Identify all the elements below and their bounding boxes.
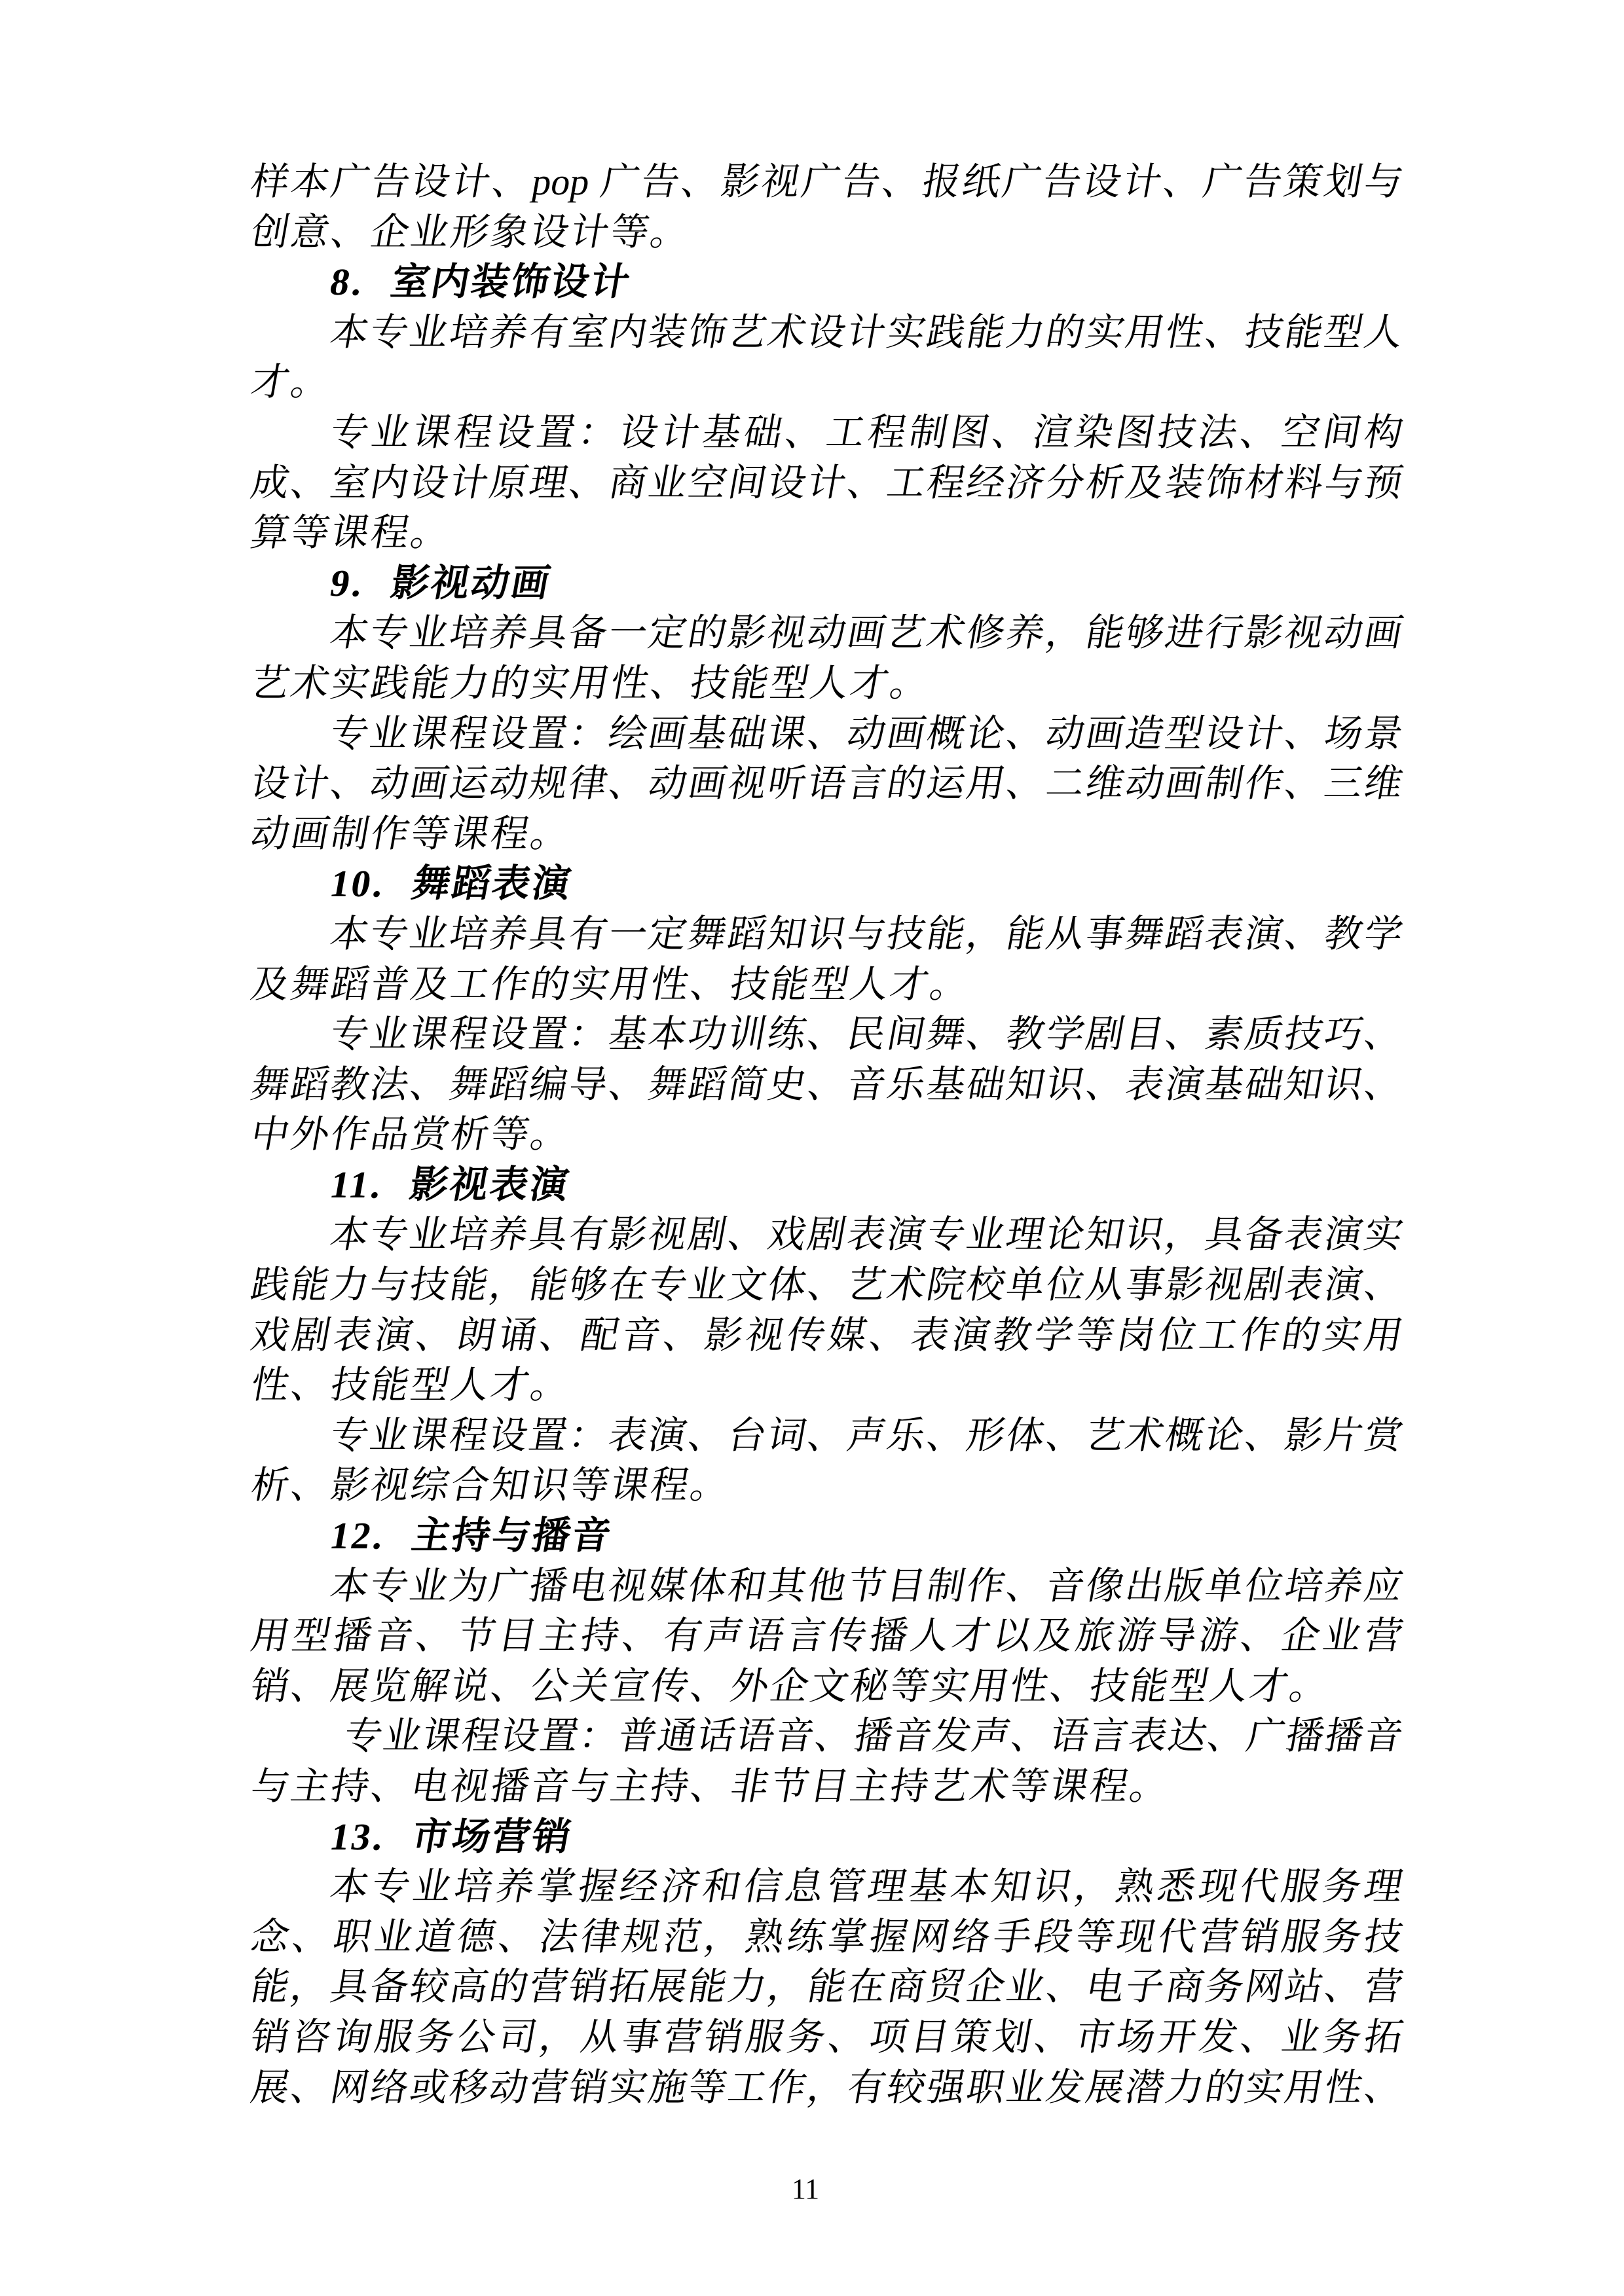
- text-line: 舞蹈教法、舞蹈编导、舞蹈简史、音乐基础知识、表演基础知识、: [247, 1060, 1407, 1110]
- text-line: 戏剧表演、朗诵、配音、影视传媒、表演教学等岗位工作的实用: [247, 1311, 1407, 1361]
- text-line: 专业课程设置：设计基础、工程制图、渲染图技法、空间构: [247, 408, 1407, 458]
- text-line: 设计、动画运动规律、动画视听语言的运用、二维动画制作、三维: [247, 759, 1407, 809]
- section-heading: 12．主持与播音: [247, 1511, 1407, 1561]
- text-line: 用型播音、节目主持、有声语言传播人才以及旅游导游、企业营: [247, 1611, 1407, 1662]
- section-heading: 11．影视表演: [247, 1160, 1407, 1211]
- section-heading: 8．室内装饰设计: [247, 257, 1407, 308]
- text-line: 与主持、电视播音与主持、非节目主持艺术等课程。: [247, 1762, 1407, 1812]
- section-heading: 10．舞蹈表演: [247, 859, 1407, 909]
- page-number: 11: [0, 2172, 1611, 2206]
- text-line: 销、展览解说、公关宣传、外企文秘等实用性、技能型人才。: [247, 1662, 1407, 1712]
- text-line: 算等课程。: [247, 508, 1407, 558]
- text-line: 动画制作等课程。: [247, 809, 1407, 860]
- text-line: 创意、企业形象设计等。: [247, 208, 1407, 258]
- text-line: 艺术实践能力的实用性、技能型人才。: [247, 659, 1407, 709]
- text-line: 能，具备较高的营销拓展能力，能在商贸企业、电子商务网站、营: [247, 1962, 1407, 2013]
- text-line: 展、网络或移动营销实施等工作，有较强职业发展潜力的实用性、: [247, 2063, 1407, 2113]
- document-page: 样本广告设计、pop 广告、影视广告、报纸广告设计、广告策划与创意、企业形象设计…: [0, 0, 1624, 2296]
- text-line: 本专业为广播电视媒体和其他节目制作、音像出版单位培养应: [247, 1561, 1407, 1612]
- text-line: 样本广告设计、pop 广告、影视广告、报纸广告设计、广告策划与: [247, 157, 1407, 208]
- text-line: 及舞蹈普及工作的实用性、技能型人才。: [247, 960, 1407, 1010]
- text-line: 本专业培养掌握经济和信息管理基本知识，熟悉现代服务理: [247, 1862, 1407, 1912]
- text-line: 本专业培养具备一定的影视动画艺术修养，能够进行影视动画: [247, 608, 1407, 659]
- text-line: 践能力与技能，能够在专业文体、艺术院校单位从事影视剧表演、: [247, 1260, 1407, 1311]
- text-line: 专业课程设置：表演、台词、声乐、形体、艺术概论、影片赏: [247, 1411, 1407, 1461]
- text-line: 性、技能型人才。: [247, 1360, 1407, 1411]
- section-heading: 13．市场营销: [247, 1812, 1407, 1863]
- text-line: 析、影视综合知识等课程。: [247, 1461, 1407, 1511]
- text-line: 本专业培养有室内装饰艺术设计实践能力的实用性、技能型人: [247, 308, 1407, 358]
- text-line: 才。: [247, 357, 1407, 408]
- text-line: 本专业培养具有影视剧、戏剧表演专业理论知识，具备表演实: [247, 1210, 1407, 1260]
- section-heading: 9．影视动画: [247, 558, 1407, 609]
- text-line: 本专业培养具有一定舞蹈知识与技能，能从事舞蹈表演、教学: [247, 909, 1407, 960]
- text-line: 专业课程设置：基本功训练、民间舞、教学剧目、素质技巧、: [247, 1010, 1407, 1060]
- text-line: 专业课程设置：普通话语音、播音发声、语言表达、广播播音: [247, 1711, 1407, 1762]
- text-line: 念、职业道德、法律规范，熟练掌握网络手段等现代营销服务技: [247, 1912, 1407, 1963]
- text-line: 销咨询服务公司，从事营销服务、项目策划、市场开发、业务拓: [247, 2013, 1407, 2063]
- text-block: 样本广告设计、pop 广告、影视广告、报纸广告设计、广告策划与创意、企业形象设计…: [247, 157, 1398, 2113]
- text-line: 中外作品赏析等。: [247, 1110, 1407, 1160]
- text-line: 专业课程设置：绘画基础课、动画概论、动画造型设计、场景: [247, 709, 1407, 759]
- text-line: 成、室内设计原理、商业空间设计、工程经济分析及装饰材料与预: [247, 458, 1407, 509]
